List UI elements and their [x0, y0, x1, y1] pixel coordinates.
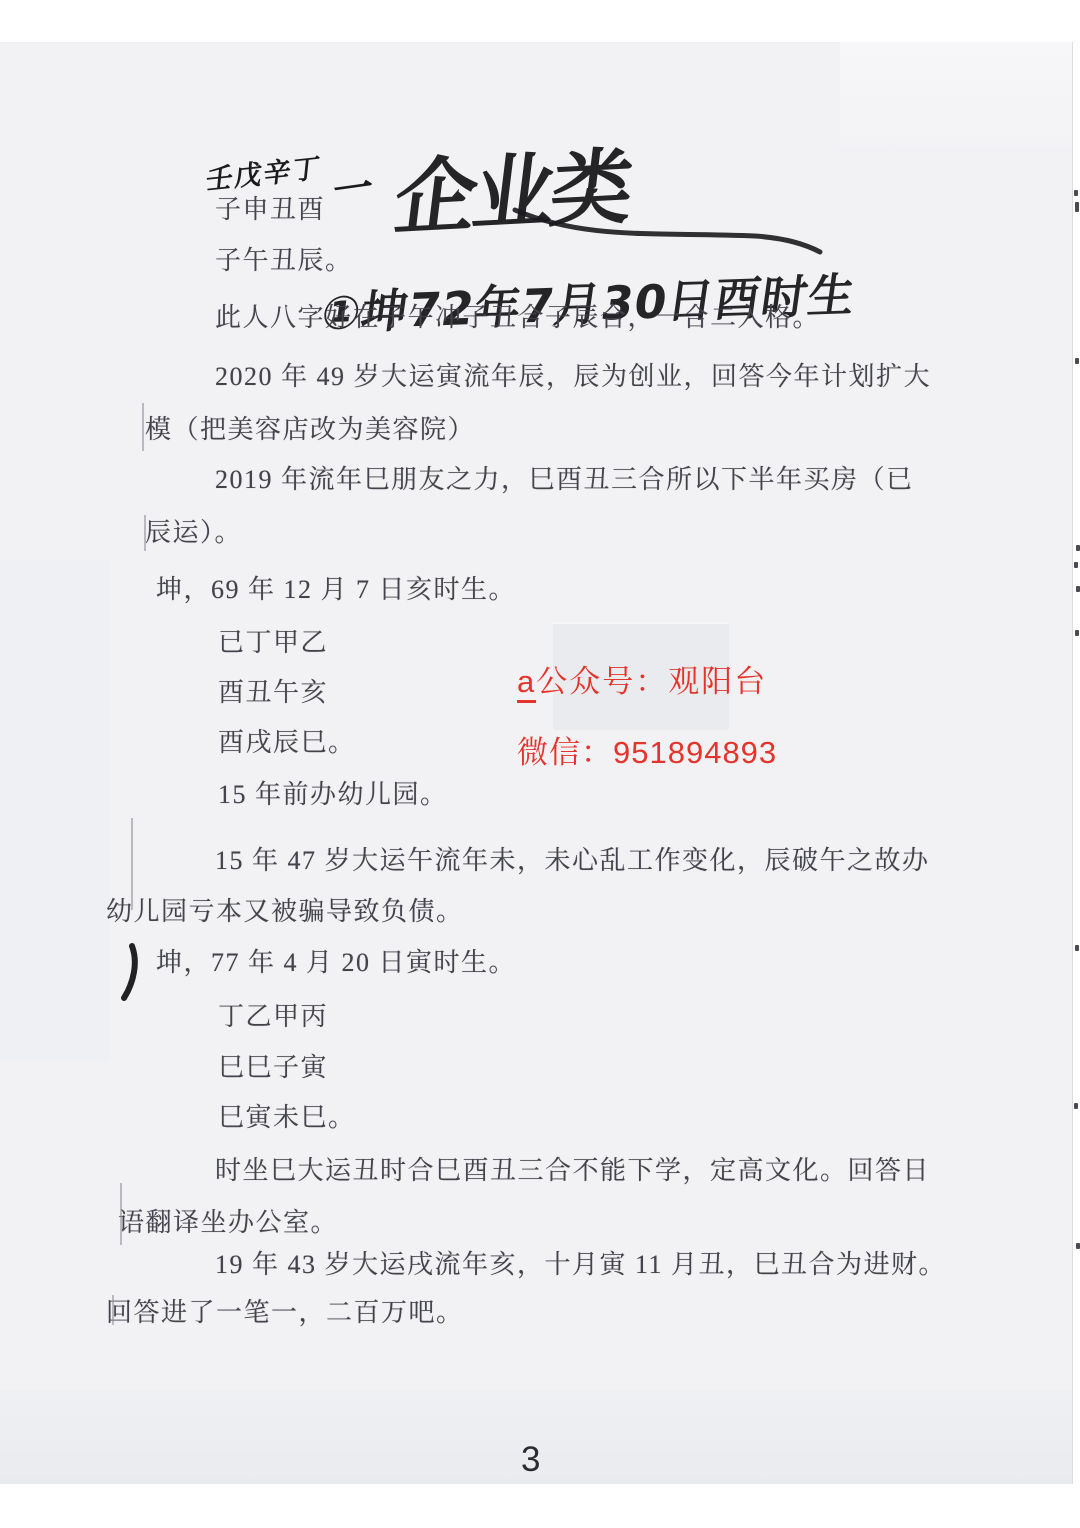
edge-speck — [1074, 1103, 1078, 1109]
edge-speck — [1074, 562, 1078, 568]
doc-line: 酉戌辰巳。 — [218, 728, 356, 758]
handwritten-dash: 一 — [329, 155, 377, 217]
doc-line: 回答进了一笔一，二百万吧。 — [106, 1298, 464, 1328]
doc-line: 15 年 47 岁大运午流年未，未心乱工作变化，辰破午之故办 — [215, 846, 930, 876]
doc-line: 酉丑午亥 — [218, 678, 328, 708]
scan-fold-line — [142, 403, 144, 451]
edge-speck — [1075, 945, 1079, 951]
scan-glare — [840, 42, 1072, 162]
doc-line: 2020 年 49 岁大运寅流年辰，辰为创业，回答今年计划扩大 — [215, 362, 931, 392]
doc-line: 巳寅未巳。 — [218, 1103, 356, 1133]
scan-shading — [0, 560, 110, 1060]
watermark-prefix: a — [517, 664, 536, 703]
edge-speck — [1075, 202, 1079, 212]
doc-line: 巳巳子寅 — [218, 1053, 328, 1083]
doc-line: 辰运）。 — [145, 518, 242, 548]
doc-line: 已丁甲乙 — [218, 628, 328, 658]
watermark-account-text: 公众号：观阳台 — [536, 664, 767, 699]
watermark-account-line: a公众号：观阳台 — [517, 656, 767, 701]
page-number: 3 — [521, 1440, 540, 1480]
edge-speck — [1074, 190, 1078, 196]
doc-line: 此人八字好在子午冲子丑合子辰合，一合二入格。 — [215, 303, 820, 333]
scan-fold-line — [120, 1183, 122, 1245]
scanned-document-page: 壬戊辛丁 一 企业类 ①坤72年7月30日酉时生 子申丑酉 子午丑辰。 此人八字… — [0, 0, 1080, 1528]
doc-line: 模（把美容店改为美容院） — [145, 415, 475, 445]
doc-line: 19 年 43 岁大运戌流年亥，十月寅 11 月丑，巳丑合为进财。 — [215, 1250, 946, 1280]
handwriting-tail-stroke — [505, 192, 825, 272]
scan-fold-line — [144, 515, 146, 551]
doc-line: 语翻译坐办公室。 — [118, 1208, 338, 1238]
watermark-wechat-line: 微信：951894893 — [517, 727, 777, 772]
handwritten-comma-mark — [118, 942, 142, 1002]
doc-line: 坤，77 年 4 月 20 日寅时生。 — [156, 948, 516, 978]
edge-speck — [1076, 1243, 1080, 1249]
edge-speck — [1075, 358, 1079, 364]
scan-fold-line — [131, 818, 133, 910]
doc-line: 2019 年流年巳朋友之力，巳酉丑三合所以下半年买房（已 — [215, 465, 914, 495]
edge-speck — [1075, 630, 1079, 636]
doc-line: 子午丑辰。 — [215, 246, 353, 276]
doc-line: 丁乙甲丙 — [218, 1002, 328, 1032]
doc-line: 坤，69 年 12 月 7 日亥时生。 — [156, 575, 516, 605]
edge-speck — [1076, 545, 1080, 551]
doc-line: 时坐巳大运丑时合巳酉丑三合不能下学，定高文化。回答日 — [215, 1156, 930, 1186]
doc-line: 15 年前办幼儿园。 — [218, 780, 448, 810]
doc-line: 幼儿园亏本又被骗导致负债。 — [106, 897, 464, 927]
doc-line: 子申丑酉 — [215, 195, 325, 225]
edge-speck — [1076, 586, 1080, 592]
scan-fold-line — [112, 1295, 114, 1325]
